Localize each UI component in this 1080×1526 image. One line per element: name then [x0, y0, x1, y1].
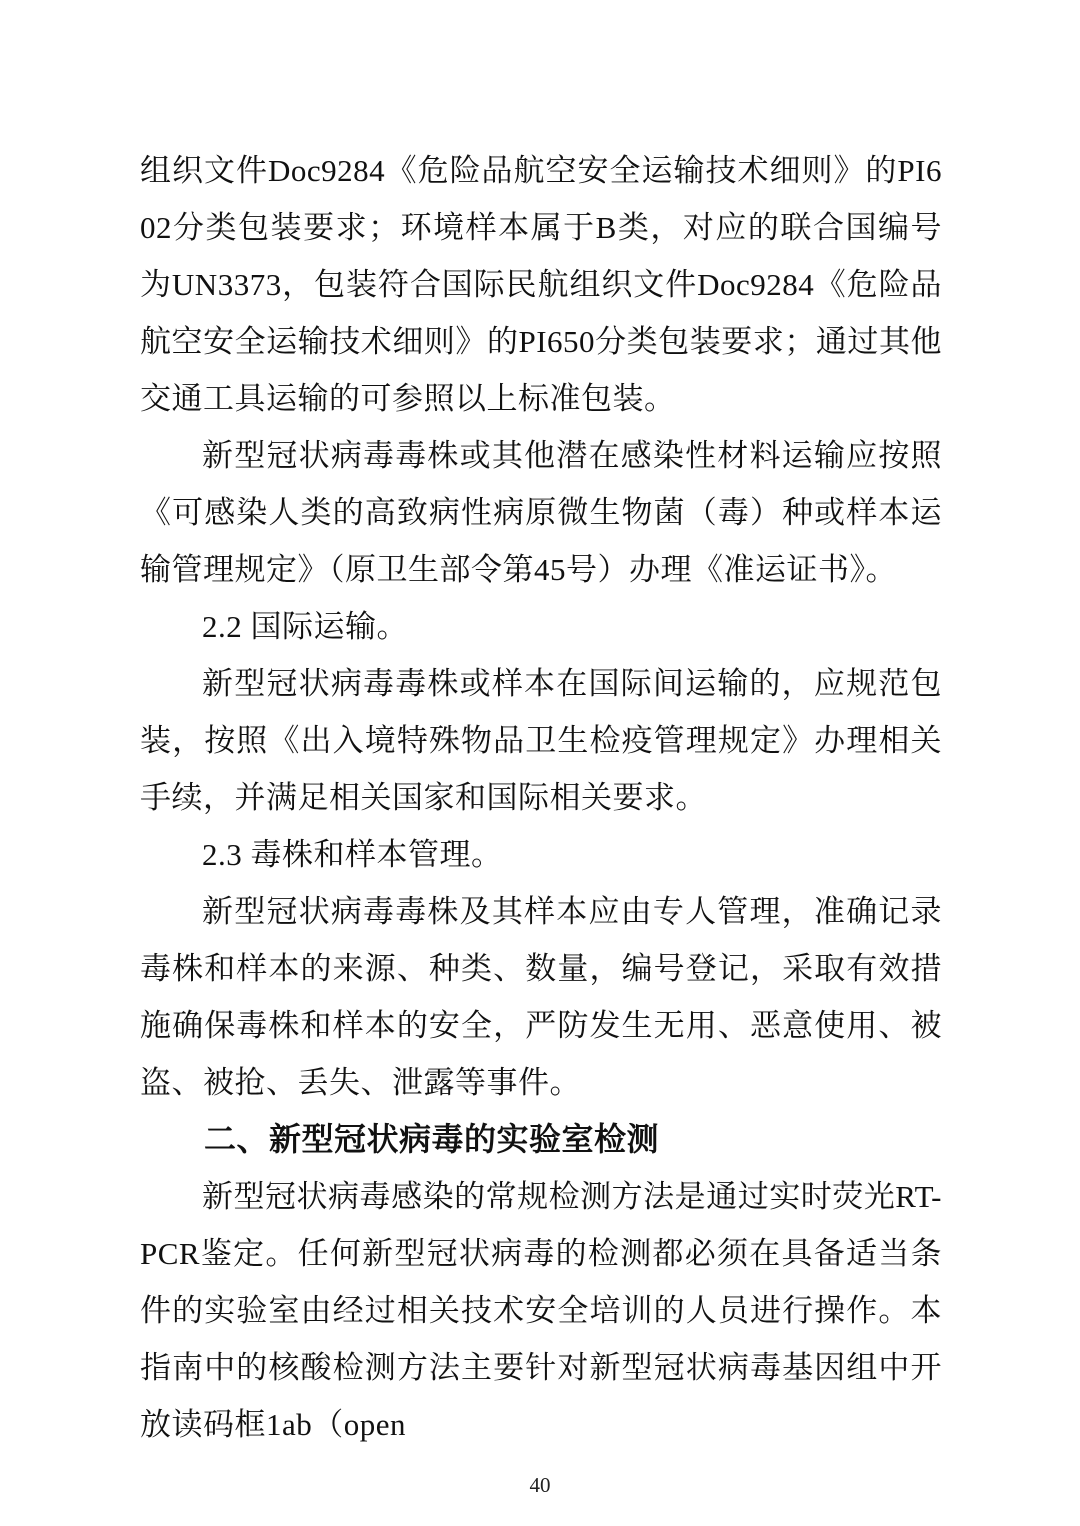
paragraph: 新型冠状病毒毒株及其样本应由专人管理，准确记录毒株和样本的来源、种类、数量，编号… [140, 883, 942, 1111]
document-page: 组织文件Doc9284《危险品航空安全运输技术细则》的PI602分类包装要求；环… [0, 0, 1080, 1526]
document-body: 组织文件Doc9284《危险品航空安全运输技术细则》的PI602分类包装要求；环… [140, 142, 942, 1453]
page-number: 40 [0, 1472, 1080, 1498]
paragraph: 新型冠状病毒毒株或样本在国际间运输的，应规范包装，按照《出入境特殊物品卫生检疫管… [140, 655, 942, 826]
section-heading: 二、新型冠状病毒的实验室检测 [140, 1111, 942, 1168]
paragraph: 新型冠状病毒感染的常规检测方法是通过实时荧光RT-PCR鉴定。任何新型冠状病毒的… [140, 1168, 942, 1453]
paragraph: 2.3 毒株和样本管理。 [140, 826, 942, 883]
paragraph: 新型冠状病毒毒株或其他潜在感染性材料运输应按照《可感染人类的高致病性病原微生物菌… [140, 427, 942, 598]
paragraph: 2.2 国际运输。 [140, 598, 942, 655]
paragraph: 组织文件Doc9284《危险品航空安全运输技术细则》的PI602分类包装要求；环… [140, 142, 942, 427]
